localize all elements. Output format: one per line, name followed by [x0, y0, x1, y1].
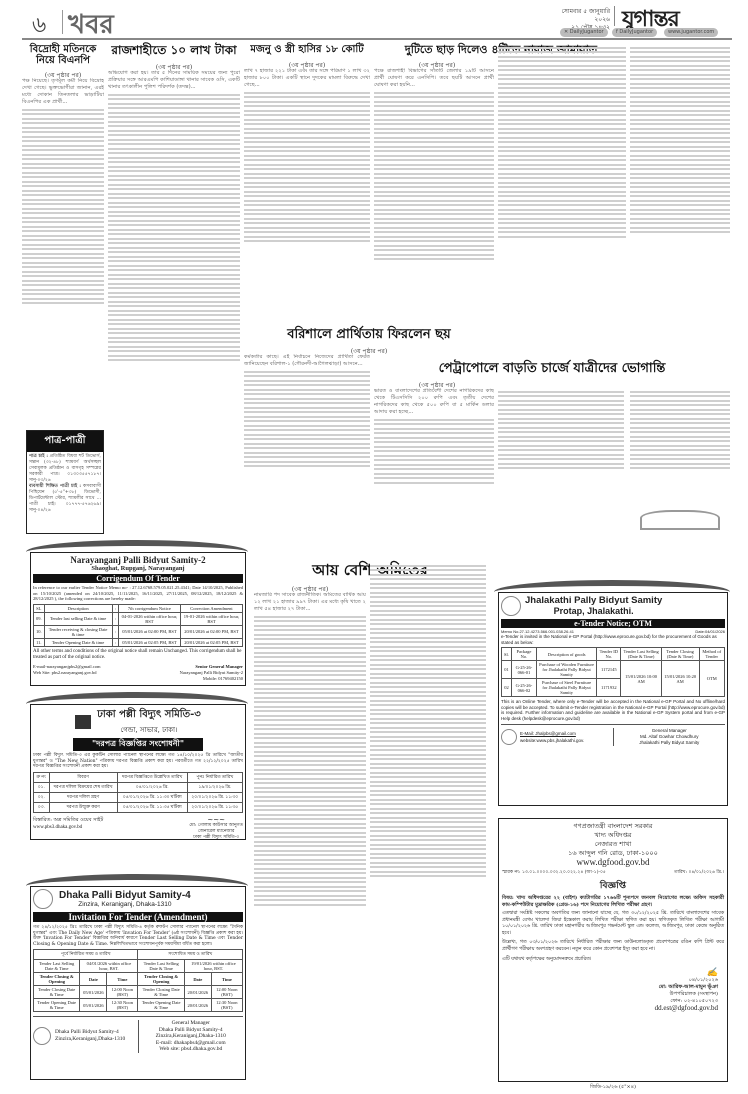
tender-ad-narayanganj: Narayanganj Palli Bidyut Samity-2 Shaogh… — [30, 552, 246, 686]
ad-address: Zinzira, Keraniganj, Dhaka-1310 — [59, 901, 191, 908]
ad-intro: In reference to our earlier Tender Notic… — [33, 585, 243, 602]
article-body: লাখ ৭ হাজার ২২১ টাকা এবং তার সঙ্গে পরিমা… — [244, 68, 370, 324]
table-row: 10.Tender receiving & closing Date & tim… — [34, 625, 243, 638]
dept-name: খাদ্য অধিদপ্তর — [502, 831, 724, 840]
organization-logo — [501, 596, 521, 616]
article-body — [630, 44, 730, 344]
classified-title: পাত্র-পাত্রী — [27, 431, 103, 452]
amendment-table: পূর্বে নির্ধারিত সময় ও তারিখ সংশোধিত সম… — [33, 949, 243, 1012]
article-headline: বিদ্রোহী মতিনকে নিয়ে বিএনপি — [22, 44, 104, 66]
ad-footer: E-mail-narayanganjpbs2@gmail.com Web Sit… — [33, 664, 243, 682]
article-body — [498, 44, 626, 354]
divider — [62, 10, 63, 34]
notice-ad-dgfood: গণপ্রজাতন্ত্রী বাংলাদেশ সরকার খাদ্য অধিদ… — [498, 818, 728, 1082]
ad-org-name: Narayanganj Palli Bidyut Samity-2 — [33, 555, 243, 565]
etender-table: Sl.Package No.Description of goodsTender… — [501, 647, 725, 697]
website-link[interactable]: Web site: pbs4.dhaka.gov.bd — [139, 1046, 244, 1053]
ad-address: Protap, Jhalakathi. — [525, 606, 662, 616]
article-body: পক্ষ নিয়েছে। তৃণমূল কর্মী নিয়ে বিদ্রোহ… — [22, 78, 104, 428]
organization-logo — [501, 729, 517, 745]
ad-intro: গত ২৪/১২/২০২৫ খ্রিঃ তারিখে ঢাকা পল্লী বি… — [33, 925, 243, 947]
tender-ad-dhaka-4: Dhaka Palli Bidyut Samity-4 Zinzira, Ker… — [30, 886, 246, 1080]
organization-logo — [33, 1027, 51, 1045]
decorative-ornament — [640, 510, 720, 530]
twitter-handle[interactable]: ✕ DailyJugantor — [560, 28, 608, 37]
ad-signatory: ✍ ০৪/০১/২০২৬ মো: আরিফ-আল-মামুন ভূঁঞা উপপ… — [502, 970, 724, 1012]
table-row: Tender Last Selling Date & Time 04/01/20… — [34, 960, 243, 973]
ad-signatory: Senior General Manager Narayanganj Palli… — [180, 664, 243, 682]
ad-signatory: General Manager Dhaka Palli Bidyut Samit… — [139, 1020, 244, 1053]
table-row: 09.Tender last selling Date & time:04-01… — [34, 612, 243, 625]
ad-org-name: ঢাকা পল্লী বিদ্যুৎ সমিতি-৩ — [97, 707, 201, 724]
website-link[interactable]: www.jugantor.com — [664, 28, 718, 37]
notice-body: এতদ্বারা সংশ্লিষ্ট সকলের অবগতির জন্য জান… — [502, 911, 724, 937]
table-header-row: SL Description : 7th corrigendum Notice … — [34, 604, 243, 612]
article-body: অভিযোগ করা হয়। তার ৫ দিনের সাময়িক সময়… — [108, 70, 240, 530]
ad-title: "দরপত্র বিজ্ঞপ্তির সংশোধনী" — [73, 738, 203, 751]
divider — [614, 6, 615, 26]
sign-date: ০৪/০১/২০২৬ — [502, 977, 718, 984]
ad-code: জিডি-১৯/২৬ (৫"×৪) — [498, 1084, 728, 1092]
website-link[interactable]: website:www.pbs.jhalakathi.gov. — [520, 737, 584, 744]
notice-date: তারিখ: ০৪/০১/২০২৬ খ্রি.। — [674, 869, 724, 876]
table-row: 11.Tender Opening Date & time:05/01/2026… — [34, 638, 243, 646]
email-link[interactable]: E-Mail: Jhalpbs@gmail.com — [520, 730, 584, 737]
article-body — [498, 388, 624, 536]
organization-logo — [75, 715, 91, 729]
ad-title: Invitation For Tender (Amendment) — [33, 912, 243, 922]
branch-name: নেজারত শাখা — [502, 840, 724, 849]
ad-signatory: ~~~ মো: গোলাম কাউসার আনুগত জেনারেল ম্যান… — [189, 817, 243, 841]
article-headline: পেট্রাপোলে বাড়তি চার্জে যাত্রীদের ভোগান… — [374, 362, 730, 376]
website-link[interactable]: www.pbs3.dhaka.gov.bd — [33, 824, 103, 831]
ad-intro: ঢাকা পল্লী বিদ্যুৎ সমিতি-৩ এর কুকটিন সোল… — [33, 753, 243, 770]
memo-number: স্মারক নং: ১৩.০১.০০০০.০৩২.২০.০২২.২৪ (অং-… — [502, 869, 606, 876]
ad-org-name: Dhaka Palli Bidyut Samity-4 — [59, 890, 191, 901]
notice-closing: এটি যথাযথ কর্তৃপক্ষের অনুমোদনক্রমে প্রচা… — [502, 956, 724, 964]
organization-logo — [33, 889, 53, 909]
table-row: ০২.দরপত্র দলিল গ্রহণ০৫/০১/২০২৬ খ্রি. ১১:… — [34, 792, 243, 802]
website-link[interactable]: www.dgfood.gov.bd — [502, 858, 724, 867]
ad-title: বিজ্ঞপ্তি — [502, 878, 724, 893]
article-body: কর্মকর্তার কাছে। এই নির্বাচনে নিজেদের প্… — [244, 354, 370, 534]
ad-footer-note: বিস্তারিত: অত্র সমিতির ওয়েব সাইট — [33, 817, 103, 824]
ad-contact: E-mail-narayanganjpbs2@gmail.com Web Sit… — [33, 664, 101, 682]
article-headline: মজনু ও স্ত্রী হাসির ১৮ কোটি — [244, 44, 370, 55]
page-number: ৬ — [32, 8, 46, 45]
corrigendum-table: SL Description : 7th corrigendum Notice … — [33, 604, 243, 647]
notice-body: উল্লেখ্য, গত ০৩/০১/২০২৬ তারিখে নির্ধারিত… — [502, 940, 724, 953]
ad-org-name: Jhalakathi Pally Bidyut Samity — [525, 595, 662, 606]
classified-entry: পাত্র চাই : প্রতিষ্ঠিত বিধবা শর্ট ডিভোর্… — [27, 452, 103, 516]
ad-address: গেন্ডা, সাভার, ঢাকা। — [97, 724, 201, 736]
article-body — [370, 562, 486, 1082]
tender-ad-dhaka-3: ঢাকা পল্লী বিদ্যুৎ সমিতি-৩ গেন্ডা, সাভার… — [30, 704, 246, 840]
table-row: Tender Opening Date & Time05/01/202612:3… — [34, 999, 243, 1012]
classified-box: পাত্র-পাত্রী পাত্র চাই : প্রতিষ্ঠিত বিধব… — [26, 430, 104, 534]
gov-name: গণপ্রজাতন্ত্রী বাংলাদেশ সরকার — [502, 822, 724, 831]
article-body: ভারত ও বাংলাদেশের প্রতিবেশী দেশের নাগরিক… — [374, 388, 494, 536]
corrigendum-table: ক্র নংবিবরণদরপত্র বিজ্ঞপ্তিতে উল্লেখিত ত… — [33, 772, 243, 813]
tender-ad-jhalakathi: Jhalakathi Pally Bidyut Samity Protap, J… — [498, 592, 728, 806]
date-gregorian: সোমবার ৫ জানুয়ারি ২০২৬ — [544, 8, 610, 24]
facebook-handle[interactable]: f DailyJugantor — [612, 28, 657, 37]
table-row: ০১.দরপত্র দলিল বিক্রয়ের শেষ তারিখ০৪/০১/… — [34, 782, 243, 792]
ad-footer-note: This is an Online Tender, where only e-T… — [501, 699, 725, 721]
ad-title: Corrigendum Of Tender — [33, 574, 243, 583]
ad-address: Shaoghat, Rupganj, Narayanganj — [33, 565, 243, 572]
article-headline: রাজশাহীতে ১০ লাখ টাকা — [108, 44, 240, 57]
article-body: নামজারি পদ সাবেক রাজনীতিক। অমিতের বার্ষি… — [254, 592, 366, 1082]
ad-footer-note: All other terms and conditions of the or… — [33, 649, 243, 661]
ad-intro: e-Tender is invited in the National e-GP… — [501, 634, 725, 645]
website-link[interactable]: Web Site: pbs2.narayanganj.gov.bd — [33, 670, 101, 676]
ad-title: e-Tender Notice; OTM — [501, 619, 725, 628]
ad-signatory: General Manager Md. Altaf Gowhar Chowdhu… — [614, 728, 726, 746]
table-row: 01G-25-26-066-01Purchase of Wooden Furni… — [502, 661, 725, 679]
notice-subject: বিষয়: খাদ্য অধিদপ্তরের ২২ (বাইশ) ক্যাটা… — [502, 895, 724, 908]
signature: ✍ — [502, 970, 718, 977]
article-body: পক্ষে রাজশাহী বিভাগের সাতটি জেলার ১৯টি আ… — [374, 68, 494, 354]
table-row: Tender Closing Date & Time05/01/202612:0… — [34, 986, 243, 999]
table-row: ০৩.দরপত্র উন্মুক্ত করণ০৫/০১/২০২৬ খ্রি. ১… — [34, 802, 243, 812]
section-title: খবর — [68, 4, 114, 48]
email-link[interactable]: E-mail-narayanganjpbs2@gmail.com — [33, 664, 101, 670]
email-link[interactable]: dd.est@dgfood.gov.bd — [502, 1005, 718, 1012]
